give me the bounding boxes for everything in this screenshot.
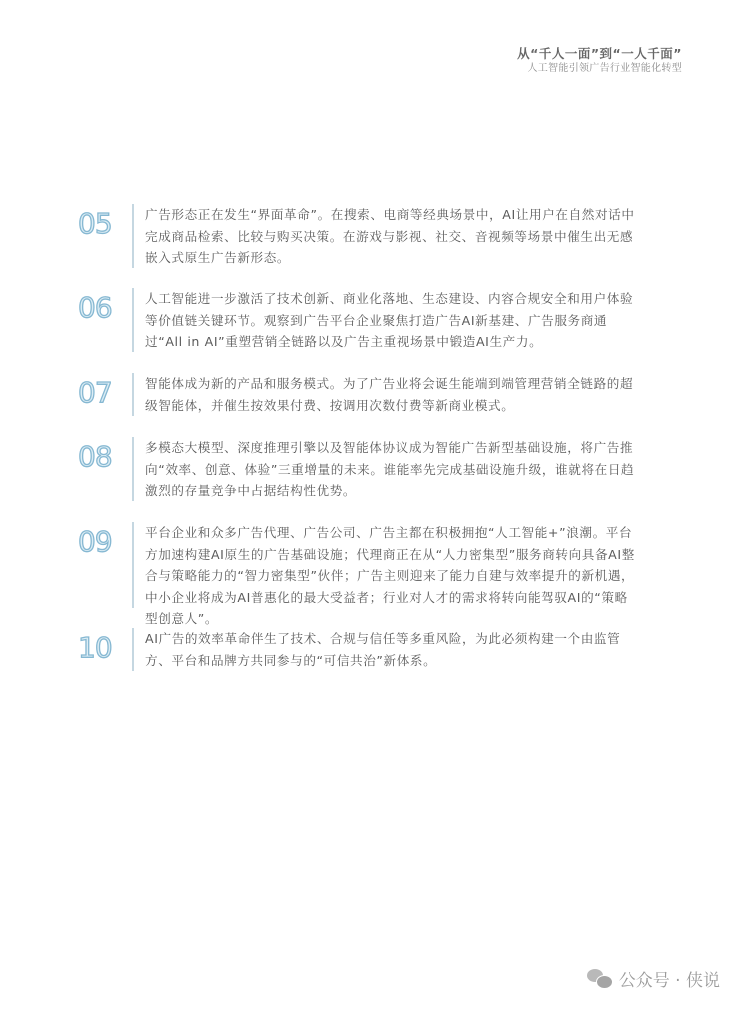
item-text: 平台企业和众多广告代理、广告公司、广告主都在积极拥抱“人工智能+”浪潮。平台方加… bbox=[145, 522, 640, 630]
divider-bar bbox=[132, 373, 134, 416]
divider-bar bbox=[132, 522, 134, 608]
report-title: 从“千人一面”到“一人千面” bbox=[517, 46, 682, 62]
finding-item-07: 07 智能体成为新的产品和服务模式。为了广告业将会诞生能端到端管理营销全链路的超… bbox=[78, 373, 658, 416]
item-text: 广告形态正在发生“界面革命”。在搜索、电商等经典场景中，AI让用户在自然对话中完… bbox=[145, 204, 640, 269]
divider-bar bbox=[132, 288, 134, 352]
item-number: 05 bbox=[78, 208, 128, 240]
item-number: 06 bbox=[78, 292, 128, 324]
item-number: 09 bbox=[78, 526, 128, 558]
watermark-label: 公众号 · 侠说 bbox=[619, 966, 720, 991]
finding-item-09: 09 平台企业和众多广告代理、广告公司、广告主都在积极拥抱“人工智能+”浪潮。平… bbox=[78, 522, 658, 608]
item-number: 10 bbox=[78, 632, 128, 664]
report-subtitle: 人工智能引领广告行业智能化转型 bbox=[517, 62, 682, 76]
finding-item-05: 05 广告形态正在发生“界面革命”。在搜索、电商等经典场景中，AI让用户在自然对… bbox=[78, 204, 658, 268]
finding-item-06: 06 人工智能进一步激活了技术创新、商业化落地、生态建设、内容合规安全和用户体验… bbox=[78, 288, 658, 352]
divider-bar bbox=[132, 437, 134, 501]
item-number: 08 bbox=[78, 441, 128, 473]
wechat-icon bbox=[587, 969, 613, 989]
item-text: 智能体成为新的产品和服务模式。为了广告业将会诞生能端到端管理营销全链路的超级智能… bbox=[145, 373, 640, 416]
divider-bar bbox=[132, 628, 134, 671]
divider-bar bbox=[132, 204, 134, 268]
item-text: 人工智能进一步激活了技术创新、商业化落地、生态建设、内容合规安全和用户体验等价值… bbox=[145, 288, 640, 353]
item-text: 多模态大模型、深度推理引擎以及智能体协议成为智能广告新型基础设施，将广告推向“效… bbox=[145, 437, 640, 502]
watermark: 公众号 · 侠说 bbox=[587, 966, 720, 991]
item-text: AI广告的效率革命伴生了技术、合规与信任等多重风险，为此必须构建一个由监管方、平… bbox=[145, 628, 640, 671]
finding-item-08: 08 多模态大模型、深度推理引擎以及智能体协议成为智能广告新型基础设施，将广告推… bbox=[78, 437, 658, 501]
page-header: 从“千人一面”到“一人千面” 人工智能引领广告行业智能化转型 bbox=[517, 46, 682, 76]
finding-item-10: 10 AI广告的效率革命伴生了技术、合规与信任等多重风险，为此必须构建一个由监管… bbox=[78, 628, 658, 671]
item-number: 07 bbox=[78, 377, 128, 409]
